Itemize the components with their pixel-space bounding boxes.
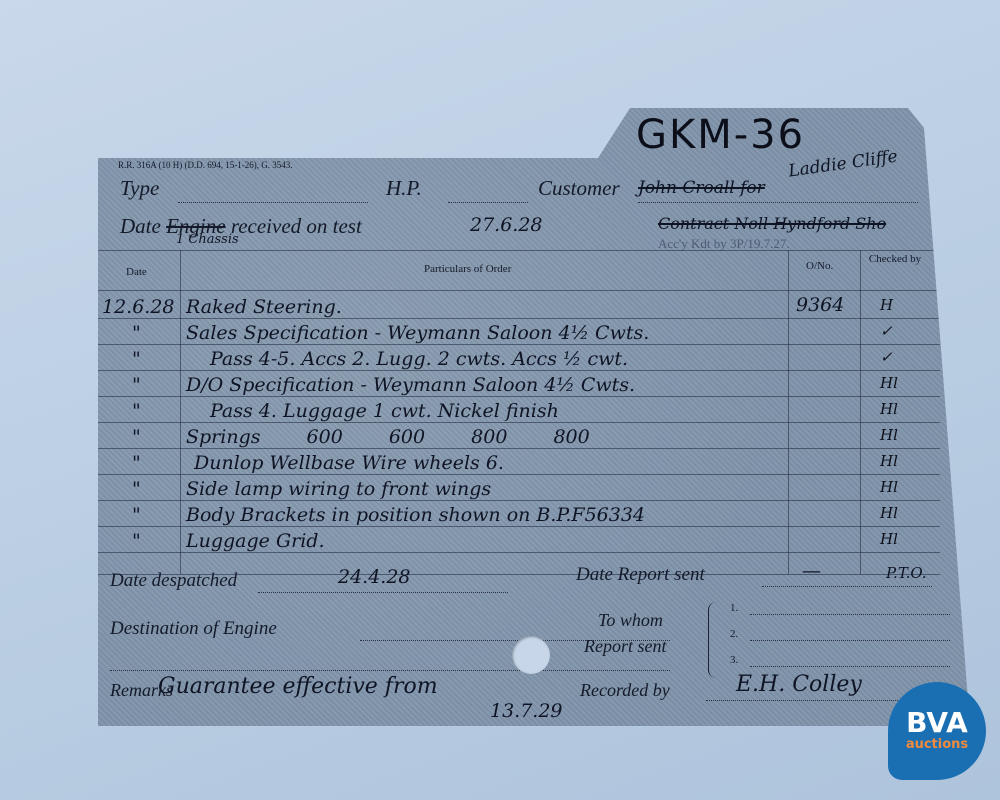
row-date: " [132, 530, 141, 552]
bva-logo-subtext: auctions [906, 737, 968, 753]
row-checked: Hl [880, 426, 898, 444]
date-report-sent-value: — [802, 560, 821, 582]
tab-code: GKM-36 [636, 112, 805, 158]
row-rule [98, 526, 940, 527]
record-card: R.R. 316A (10 H) (D.D. 694, 15-1-26), G.… [98, 108, 970, 726]
row-checked: Hl [880, 478, 898, 496]
contract-struck: Contract Noll Hyndford Sho [658, 214, 886, 233]
row-date: " [132, 374, 141, 396]
form-code: R.R. 316A (10 H) (D.D. 694, 15-1-26), G.… [118, 160, 293, 170]
to-whom-line-2 [750, 640, 950, 641]
row-date: " [132, 504, 141, 526]
row-text: Body Brackets in position shown on B.P.F… [186, 504, 645, 526]
row-date: " [132, 478, 141, 500]
list-number-1: 1. [730, 602, 738, 614]
table-header-rule [98, 290, 940, 291]
row-text: Springs 600 600 800 800 [186, 426, 590, 448]
bva-logo-text: BVA [906, 709, 968, 737]
row-text: Luggage Grid. [186, 530, 325, 552]
customer-label: Customer [538, 176, 620, 201]
row-order-no: 9364 [796, 294, 844, 316]
list-number-2: 2. [730, 628, 738, 640]
row-text: Sales Specification - Weymann Saloon 4½ … [186, 322, 649, 344]
row-date: " [132, 348, 141, 370]
header-checked-by: Checked by [868, 254, 922, 265]
row-rule [98, 552, 940, 553]
row-checked: Hl [880, 400, 898, 418]
date-suffix: received on test [231, 214, 362, 238]
recorded-by-signature: E.H. Colley [736, 672, 862, 697]
pto-note: P.T.O. [886, 564, 927, 582]
header-date: Date [126, 266, 147, 278]
row-checked: ✓ [880, 348, 893, 366]
row-rule [98, 422, 940, 423]
row-date: " [132, 400, 141, 422]
row-date: " [132, 452, 141, 474]
row-date: " [132, 426, 141, 448]
punch-hole [512, 636, 550, 674]
row-text: Dunlop Wellbase Wire wheels 6. [194, 452, 504, 474]
row-rule [98, 344, 940, 345]
received-date: 27.6.28 [470, 214, 543, 236]
table-top-rule [98, 250, 940, 251]
row-rule [98, 474, 940, 475]
header-particulars: Particulars of Order [424, 263, 511, 275]
date-despatched-value: 24.4.28 [338, 566, 411, 588]
chassis-note: 1 Chassis [176, 232, 239, 247]
date-despatched-line [258, 592, 508, 593]
brace [708, 602, 719, 678]
list-number-3: 3. [730, 654, 738, 666]
header-order-no: O/No. [806, 260, 833, 272]
row-rule [98, 318, 940, 319]
row-rule [98, 448, 940, 449]
row-checked: ✓ [880, 322, 893, 340]
date-report-sent-line [762, 586, 932, 587]
bva-auctions-logo: BVA auctions [888, 682, 986, 780]
to-whom-line-1 [750, 614, 950, 615]
row-checked: H [880, 296, 893, 314]
to-whom-label: To whom [598, 610, 663, 631]
customer-struck: John Croall for [638, 178, 765, 198]
remarks-value: Guarantee effective from [158, 674, 438, 699]
type-line [178, 202, 368, 203]
row-checked: Hl [880, 504, 898, 522]
hp-label: H.P. [386, 176, 422, 201]
remarks-date: 13.7.29 [490, 700, 563, 722]
date-report-sent-label: Date Report sent [576, 564, 705, 586]
row-text: D/O Specification - Weymann Saloon 4½ Cw… [186, 374, 635, 396]
row-rule [98, 370, 940, 371]
recorded-by-label: Recorded by [580, 680, 670, 701]
row-text: Pass 4-5. Accs 2. Lugg. 2 cwts. Accs ½ c… [210, 348, 628, 370]
destination-line-2 [110, 670, 670, 671]
date-received-label: Date Engine received on test [120, 214, 362, 239]
date-despatched-label: Date despatched [110, 570, 237, 592]
row-text: Pass 4. Luggage 1 cwt. Nickel finish [210, 400, 559, 422]
to-whom-line-3 [750, 666, 950, 667]
destination-label: Destination of Engine [110, 618, 277, 640]
row-date: 12.6.28 [102, 296, 175, 318]
row-checked: Hl [880, 530, 898, 548]
row-text: Side lamp wiring to front wings [186, 478, 491, 500]
row-rule [98, 396, 940, 397]
type-label: Type [120, 176, 159, 201]
row-date: " [132, 322, 141, 344]
row-checked: Hl [880, 374, 898, 392]
date-prefix: Date [120, 214, 161, 238]
row-rule [98, 500, 940, 501]
row-text: Raked Steering. [186, 296, 342, 318]
hp-line [448, 202, 528, 203]
customer-line [638, 202, 918, 203]
row-checked: Hl [880, 452, 898, 470]
report-sent-label: Report sent [584, 636, 667, 657]
